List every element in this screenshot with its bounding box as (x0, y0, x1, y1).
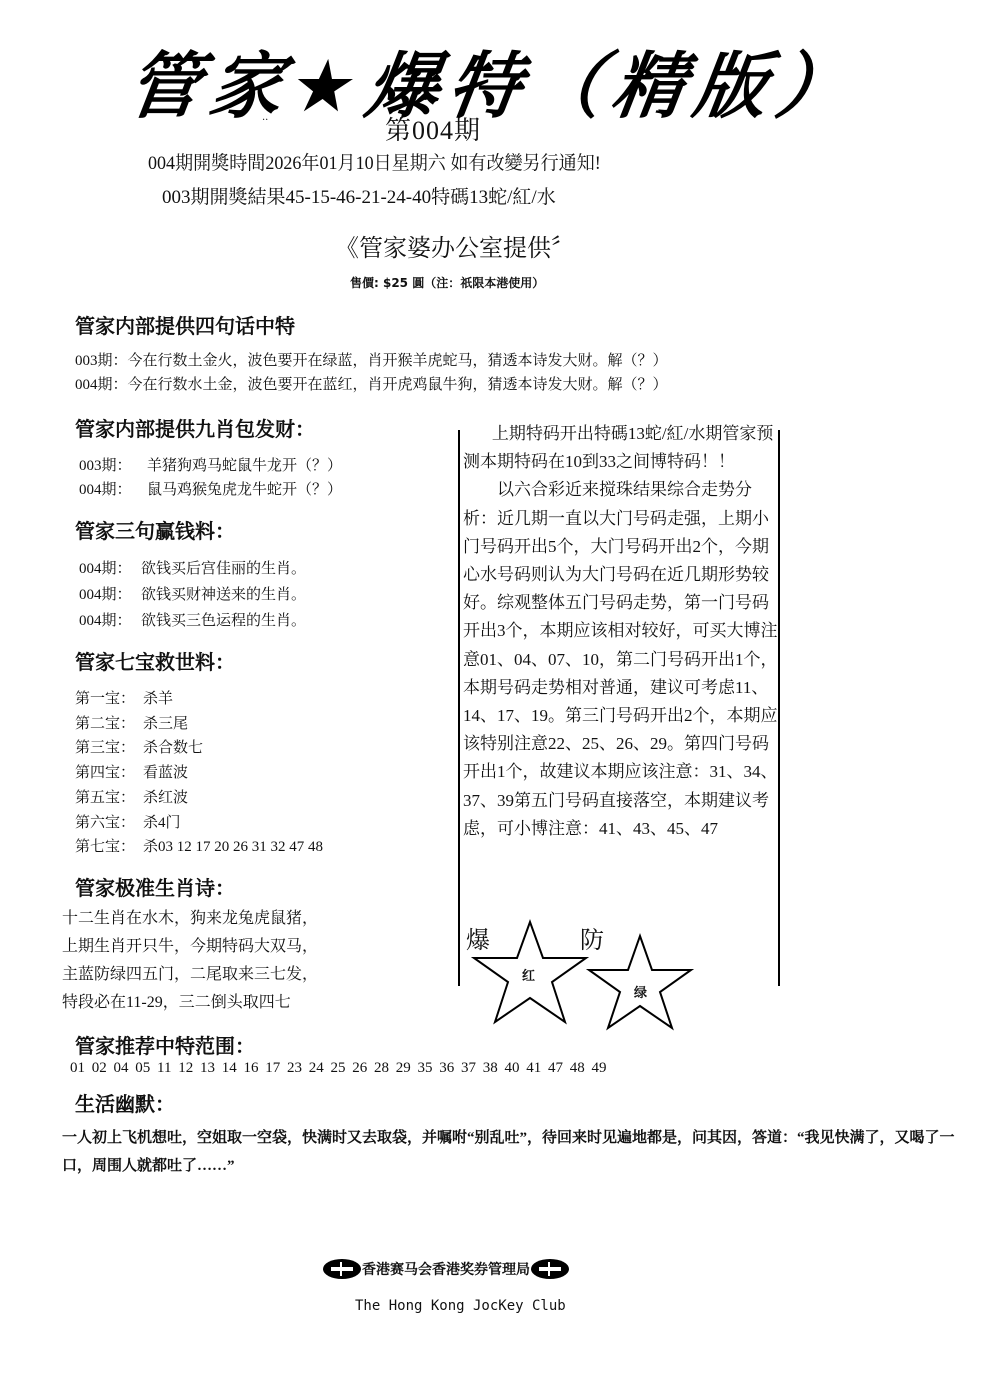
footer-org-cn: 香港赛马会香港奖券管理局 (322, 1258, 570, 1280)
analysis-paragraph: 以六合彩近来搅珠结果综合走势分析：近几期一直以大门号码走强，上期小门号码开出5个… (463, 476, 781, 843)
page-title: 管家★爆特（精版） (124, 28, 857, 118)
zodiac-row: 004期： 鼠马鸡猴兔虎龙牛蛇开（？） (79, 478, 342, 502)
last-draw-result: 003期開獎結果45-15-46-21-24-40特碼13蛇/紅/水 (162, 182, 556, 209)
price-note: 售價: $25 圓（注：祇限本港使用） (350, 274, 544, 291)
treasure-text: 看蓝波 (143, 761, 188, 786)
issue-label: 004期： (79, 556, 141, 582)
star-inner-label: 绿 (634, 982, 647, 1001)
draw-time-notice: 004期開獎時間2026年01月10日星期六 如有改變另行通知! (148, 148, 601, 175)
riddle-text: 欲钱买后宫佳丽的生肖。 (141, 556, 306, 582)
treasure-label: 第六宝： (75, 811, 143, 836)
riddle-list: 004期： 欲钱买后宫佳丽的生肖。 004期： 欲钱买财神送来的生肖。 004期… (79, 556, 306, 634)
star-badges: 爆 红 防 绿 (460, 910, 780, 1030)
decorative-dots: .. (262, 112, 268, 123)
analysis-paragraph: 上期特码开出特碼13蛇/紅/水期管家预测本期特码在10到33之间博特码！！ (463, 420, 781, 476)
section-heading-humor: 生活幽默： (75, 1088, 175, 1117)
treasure-row: 第七宝：杀03 12 17 20 26 31 32 47 48 (75, 835, 323, 860)
section-heading-range: 管家推荐中特范围： (75, 1030, 255, 1059)
section-heading: 管家七宝救世料： (75, 646, 323, 675)
issue-label: 004期： (79, 608, 141, 634)
issue-label: 003期： (79, 454, 147, 478)
treasure-label: 第五宝： (75, 786, 143, 811)
treasure-text: 杀合数七 (143, 736, 203, 761)
riddle-text: 欲钱买财神送来的生肖。 (141, 582, 306, 608)
issue-label: 004期： (75, 373, 128, 397)
verse-text: 今在行数土金火，波色要开在绿蓝，肖开猴羊虎蛇马，猜透本诗发大财。解（？） (128, 349, 668, 373)
jockey-club-logo-icon (322, 1258, 362, 1280)
section-three-lines: 管家三句赢钱料： 004期： 欲钱买后宫佳丽的生肖。 004期： 欲钱买财神送来… (75, 515, 306, 634)
zodiac-list: 003期： 羊猪狗鸡马蛇鼠牛龙开（？） 004期： 鼠马鸡猴兔虎龙牛蛇开（？） (79, 454, 342, 502)
riddle-row: 004期： 欲钱买财神送来的生肖。 (79, 582, 306, 608)
org-name-cn: 香港赛马会香港奖券管理局 (362, 1259, 530, 1279)
section-heading: 管家内部提供九肖包发财： (75, 413, 342, 442)
treasure-row: 第五宝：杀红波 (75, 786, 323, 811)
org-name-en: The Hong Kong JocKey Club (355, 1298, 566, 1314)
analysis-panel: 上期特码开出特碼13蛇/紅/水期管家预测本期特码在10到33之间博特码！！ 以六… (463, 420, 781, 843)
treasure-label: 第三宝： (75, 736, 143, 761)
riddle-row: 004期： 欲钱买后宫佳丽的生肖。 (79, 556, 306, 582)
treasure-row: 第三宝：杀合数七 (75, 736, 323, 761)
humor-text: 一人初上飞机想吐，空姐取一空袋，快满时又去取袋，并嘱咐“别乱吐”，待回来时见遍地… (62, 1124, 962, 1180)
poem-line: 上期生肖开只牛，今期特码大双马， (62, 933, 318, 961)
treasure-text: 杀03 12 17 20 26 31 32 47 48 (143, 835, 323, 860)
verse-row: 004期： 今在行数水土金，波色要开在蓝红，肖开虎鸡鼠牛狗，猜透本诗发大财。解（… (75, 373, 668, 397)
treasure-text: 杀4门 (143, 811, 181, 836)
treasure-label: 第二宝： (75, 712, 143, 737)
section-seven-treasures: 管家七宝救世料： 第一宝：杀羊 第二宝：杀三尾 第三宝：杀合数七 第四宝：看蓝波… (75, 646, 323, 860)
section-heading: 管家三句赢钱料： (75, 515, 306, 544)
treasure-text: 杀羊 (143, 687, 173, 712)
verse-list: 003期： 今在行数土金火，波色要开在绿蓝，肖开猴羊虎蛇马，猜透本诗发大财。解（… (75, 349, 668, 397)
section-nine-zodiac: 管家内部提供九肖包发财： 003期： 羊猪狗鸡马蛇鼠牛龙开（？） 004期： 鼠… (75, 413, 342, 502)
section-heading: 管家内部提供四句话中特 (75, 310, 668, 339)
recommended-numbers: 01 02 04 05 11 12 13 14 16 17 23 24 25 2… (70, 1060, 606, 1077)
verse-text: 今在行数水土金，波色要开在蓝红，肖开虎鸡鼠牛狗，猜透本诗发大财。解（？） (128, 373, 668, 397)
riddle-row: 004期： 欲钱买三色运程的生肖。 (79, 608, 306, 634)
treasure-row: 第四宝：看蓝波 (75, 761, 323, 786)
treasure-list: 第一宝：杀羊 第二宝：杀三尾 第三宝：杀合数七 第四宝：看蓝波 第五宝：杀红波 … (75, 687, 323, 860)
section-four-lines: 管家内部提供四句话中特 003期： 今在行数土金火，波色要开在绿蓝，肖开猴羊虎蛇… (75, 310, 668, 397)
treasure-row: 第二宝：杀三尾 (75, 712, 323, 737)
treasure-label: 第一宝： (75, 687, 143, 712)
zodiac-row: 003期： 羊猪狗鸡马蛇鼠牛龙开（？） (79, 454, 342, 478)
zodiac-text: 羊猪狗鸡马蛇鼠牛龙开（？） (147, 454, 342, 478)
issue-label: 003期： (75, 349, 128, 373)
section-heading-poem: 管家极准生肖诗： (75, 872, 235, 901)
zodiac-text: 鼠马鸡猴兔虎龙牛蛇开（？） (147, 478, 342, 502)
verse-row: 003期： 今在行数土金火，波色要开在绿蓝，肖开猴羊虎蛇马，猜透本诗发大财。解（… (75, 349, 668, 373)
treasure-row: 第一宝：杀羊 (75, 687, 323, 712)
zodiac-poem: 十二生肖在水木，狗来龙兔虎鼠猪， 上期生肖开只牛，今期特码大双马， 主蓝防绿四五… (62, 905, 318, 1017)
provider-line: 《管家婆办公室提供〞 (335, 228, 575, 263)
poem-line: 特段必在11-29，三二倒头取四七 (62, 989, 318, 1017)
treasure-text: 杀红波 (143, 786, 188, 811)
issue-label: 004期： (79, 478, 147, 502)
issue-label: 004期： (79, 582, 141, 608)
star-inner-label: 红 (522, 965, 535, 984)
jockey-club-logo-icon (530, 1258, 570, 1280)
poem-line: 主蓝防绿四五门，二尾取来三七发， (62, 961, 318, 989)
treasure-row: 第六宝：杀4门 (75, 811, 323, 836)
treasure-label: 第七宝： (75, 835, 143, 860)
poem-line: 十二生肖在水木，狗来龙兔虎鼠猪， (62, 905, 318, 933)
treasure-label: 第四宝： (75, 761, 143, 786)
treasure-text: 杀三尾 (143, 712, 188, 737)
issue-number: 第004期 (385, 110, 481, 147)
riddle-text: 欲钱买三色运程的生肖。 (141, 608, 306, 634)
